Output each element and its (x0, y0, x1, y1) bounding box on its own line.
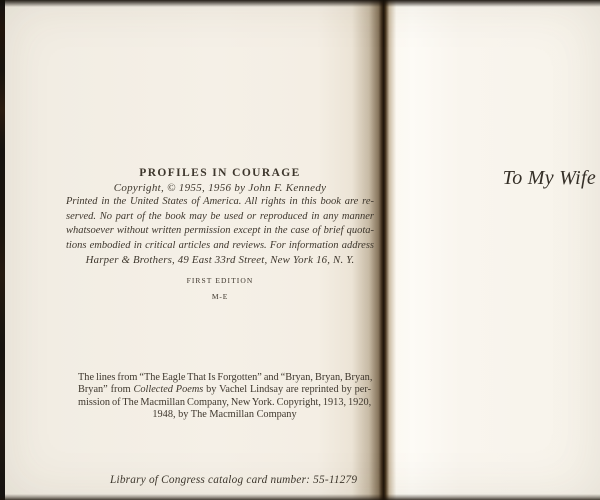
book-title: PROFILES IN COURAGE (66, 166, 374, 180)
rights-line-1: Printed in the United States of America.… (66, 195, 374, 210)
photo-bottom-edge (0, 494, 600, 500)
edition-notice: FIRST EDITION (66, 276, 374, 285)
printer-key: M-E (66, 292, 374, 301)
catalog-number-line: Library of Congress catalog card number:… (110, 474, 370, 486)
dedication-text: To My Wife (470, 167, 596, 190)
permission-line-4: 1948, by The Macmillan Company (78, 409, 371, 421)
permission-line-2: Bryan” from Collected Poems by Vachel Li… (78, 384, 371, 396)
photo-top-edge (0, 0, 600, 7)
right-page (386, 0, 600, 500)
publisher-address: Harper & Brothers, 49 East 33rd Street, … (66, 253, 374, 268)
permission-line-2-pre: Bryan” from (78, 384, 133, 395)
collected-poems-title: Collected Poems (133, 384, 203, 395)
rights-line-4: tions embodied in critical articles and … (66, 239, 374, 254)
rights-line-2: served. No part of the book may be used … (66, 210, 374, 225)
copyright-block: PROFILES IN COURAGE Copyright, © 1955, 1… (66, 166, 374, 301)
permission-line-1: The lines from “The Eagle That Is Forgot… (78, 372, 371, 384)
permissions-notice: The lines from “The Eagle That Is Forgot… (78, 372, 371, 422)
rights-line-3: whatsoever without written permission ex… (66, 224, 374, 239)
permission-line-2-post: by Vachel Lindsay are reprinted by per- (203, 384, 371, 395)
permission-line-3: mission of The Macmillan Company, New Yo… (78, 397, 371, 409)
open-book-photo: PROFILES IN COURAGE Copyright, © 1955, 1… (0, 0, 600, 500)
copyright-line: Copyright, © 1955, 1956 by John F. Kenne… (66, 181, 374, 196)
